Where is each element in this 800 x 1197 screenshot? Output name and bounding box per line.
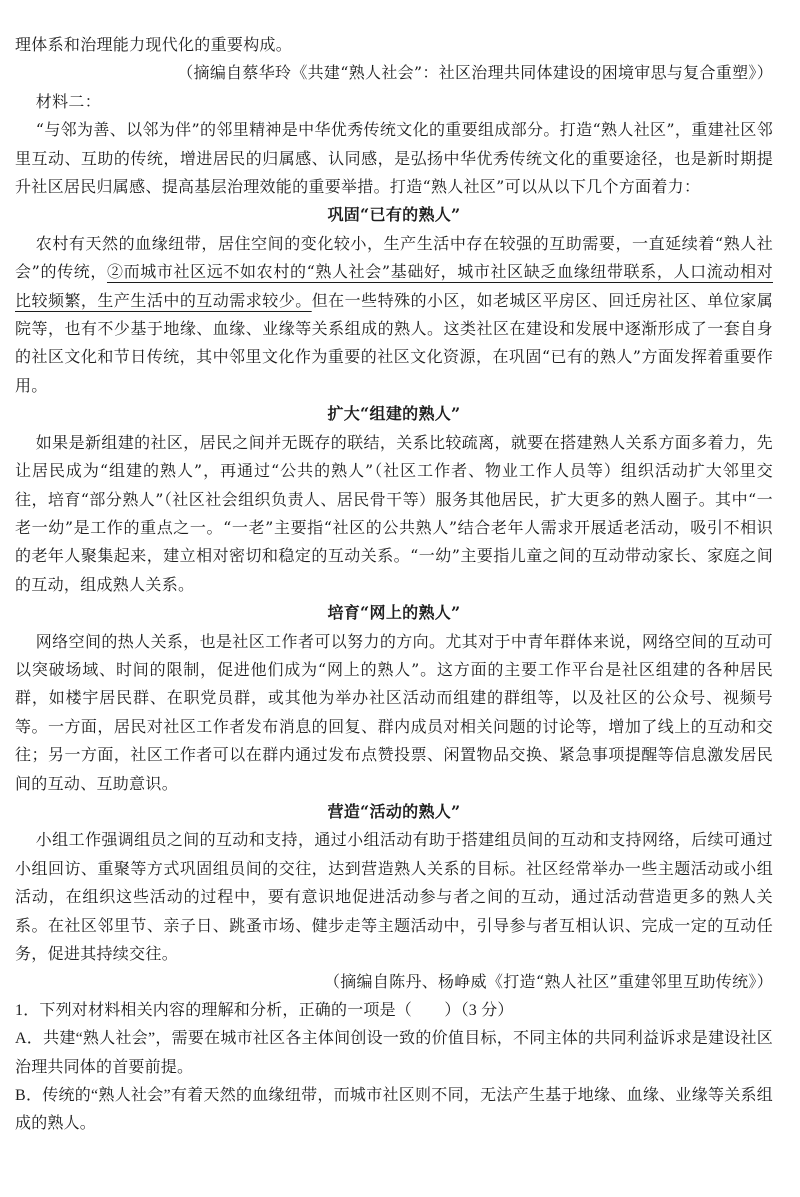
text-segment: 营造“活动的熟人”: [327, 802, 460, 821]
text-segment: 1．下列对材料相关内容的理解和分析，正确的一项是（ ）（3 分）: [15, 1002, 514, 1019]
citation-material-two: （摘编自陈丹、杨峥威《打造“熟人社区”重建邻里互助传统》）: [15, 968, 773, 996]
option-a: A．共建“熟人社会”，需要在城市社区各主体间创设一致的价值目标，不同主体的共同利…: [15, 1025, 773, 1082]
heading-consolidate-existing-acquaintances: 巩固“已有的熟人”: [15, 201, 773, 229]
text-segment: 巩固“已有的熟人”: [327, 205, 460, 224]
text-segment: 小组工作强调组员之间的互动和支持，通过小组活动有助于搭建组员间的互动和支持网络，…: [15, 830, 773, 963]
text-segment: （摘编自陈丹、杨峥威《打造“熟人社区”重建邻里互助传统》）: [324, 972, 773, 991]
text-segment: 网络空间的热人关系，也是社区工作者可以努力的方向。尤其对于中青年群体来说，网络空…: [15, 632, 773, 793]
text-segment: “与邻为善、以邻为伴”的邻里精神是中华优秀传统文化的重要组成部分。打造“熟人社区…: [15, 120, 773, 196]
material-two-label: 材料二：: [15, 88, 773, 116]
text-segment: 材料二：: [36, 92, 101, 111]
paragraph-expand: 如果是新组建的社区，居民之间并无既存的联结，关系比较疏离，就要在搭建熟人关系方面…: [15, 429, 773, 599]
text-segment: 扩大“组建的熟人”: [327, 404, 460, 423]
heading-expand-organized-acquaintances: 扩大“组建的熟人”: [15, 400, 773, 428]
option-b: B．传统的“熟人社会”有着天然的血缘纽带，而城市社区则不同，无法产生基于地缘、血…: [15, 1082, 773, 1139]
text-segment: 如果是新组建的社区，居民之间并无既存的联结，关系比较疏离，就要在搭建熟人关系方面…: [15, 433, 773, 594]
text-segment: B．传统的“熟人社会”有着天然的血缘纽带，而城市社区则不同，无法产生基于地缘、血…: [15, 1087, 773, 1132]
text-segment: 培育“网上的熟人”: [327, 603, 460, 622]
document-page: 理体系和治理能力现代化的重要构成。（摘编自蔡华玲《共建“熟人社会”：社区治理共同…: [0, 0, 800, 1197]
paragraph-consolidate: 农村有天然的血缘纽带，居住空间的变化较小，生产生活中存在较强的互助需要，一直延续…: [15, 230, 773, 400]
text-segment: （摘编自蔡华玲《共建“熟人社会”：社区治理共同体建设的困境审思与复合重塑》）: [177, 63, 773, 82]
paragraph-activity: 小组工作强调组员之间的互动和支持，通过小组活动有助于搭建组员间的互动和支持网络，…: [15, 826, 773, 968]
text-segment: 理体系和治理能力现代化的重要构成。: [15, 35, 292, 54]
text-segment: A．共建“熟人社会”，需要在城市社区各主体间创设一致的价值目标，不同主体的共同利…: [15, 1030, 773, 1075]
tail-paragraph: 理体系和治理能力现代化的重要构成。: [15, 31, 773, 59]
heading-cultivate-online-acquaintances: 培育“网上的熟人”: [15, 599, 773, 627]
heading-create-activity-acquaintances: 营造“活动的熟人”: [15, 798, 773, 826]
material-two-intro-paragraph: “与邻为善、以邻为伴”的邻里精神是中华优秀传统文化的重要组成部分。打造“熟人社区…: [15, 116, 773, 201]
citation-material-one: （摘编自蔡华玲《共建“熟人社会”：社区治理共同体建设的困境审思与复合重塑》）: [15, 59, 773, 87]
question-1: 1．下列对材料相关内容的理解和分析，正确的一项是（ ）（3 分）: [15, 997, 773, 1025]
paragraph-online: 网络空间的热人关系，也是社区工作者可以努力的方向。尤其对于中青年群体来说，网络空…: [15, 628, 773, 798]
